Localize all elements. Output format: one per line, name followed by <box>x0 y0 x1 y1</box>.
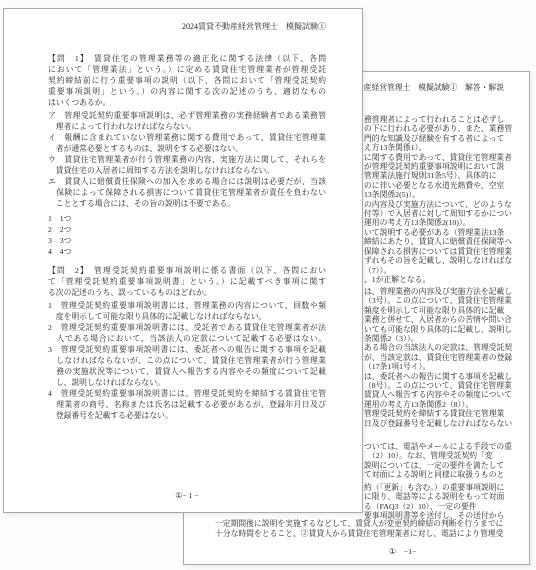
text-line: 約（「更新」も含む。）の重要事項説明に <box>364 483 511 492</box>
text-line: 保障される損害については賃貸住宅管理業 <box>364 247 511 256</box>
text-line: （2）10）。なお、管理受託契約「変 <box>364 451 511 460</box>
text-line: 一定期間後に説明を実施するなどして、賃貸人が変更契約締結の判断を行うまでに <box>215 519 519 529</box>
text-line: 者が通常必要とするものは、説明をする必要はない。 <box>48 143 326 154</box>
text-line: 2 2つ <box>48 224 326 235</box>
question2-statements: 1 管理受託契約重要事項説明書には、管理業務の内容について、回数や頻 度を明示し… <box>48 300 326 421</box>
text-line: 契約締結前に行う重要事項の説明（以下、各問において「管理受託契約 <box>48 75 326 86</box>
answer-note2-fragments: 約（「更新」も含む。）の重要事項説明にに限り、電話等による説明をもって対面る（F… <box>364 483 511 521</box>
text-line: 人である場合において、当該法人の定款について記載する必要はない。 <box>48 333 326 344</box>
text-line: 業務と併せて、入居者からの苦情や問い合 <box>364 315 511 324</box>
text-line: に限り、電話等による説明をもって対面 <box>364 492 511 501</box>
text-line: 管理業法施行規則31条5号）、具体的に <box>364 171 511 180</box>
text-line: 運用の考え方13条関係2(10)）。 <box>364 218 511 227</box>
text-line: し、説明しなければならない。 <box>48 377 326 388</box>
text-line: が、当該定款は、賃貸住宅管理業者の登録 <box>364 353 511 362</box>
text-line: 理者によって行われなければならない。 <box>48 121 326 132</box>
text-line: 頻度を明示して可能な限り具体的に記載 <box>364 306 511 315</box>
text-line: 【問 1】 賃貸住宅の管理業務等の適正化に関する法律（以下、各問 <box>48 53 326 64</box>
text-line: 1 1つ <box>48 213 326 224</box>
text-line: （7））。 <box>364 266 511 275</box>
text-line: 務の実施状況等について、賃貸人へ報告する内容やその頻度について記載 <box>48 366 326 377</box>
text-line: 13条関係2(5)）。 <box>364 190 511 199</box>
question1-statements: ア 管理受託契約重要事項説明は、必ず管理業務の実務経験者である業務管 理者によっ… <box>48 110 326 209</box>
text-line: の内容及び実施方法について、どのような <box>364 200 511 209</box>
text-line: において「管理業法」という。）に定める賃貸住宅管理業者が管理受託 <box>48 64 326 75</box>
text-line: こととする場合には、その旨の説明は不要である。 <box>48 198 326 209</box>
question2-intro: 【問 2】 管理受託契約重要事項説明に係る書面（以下、各問において「管理受託契約… <box>48 265 326 298</box>
text-line: る次の記述のうち、誤っているものはどれか。 <box>48 287 326 298</box>
question-page-number: ①− 1 − <box>48 491 326 500</box>
text-line: ウ 賃貸住宅管理業者が行う管理業務の内容、実施方法に関して、それらを <box>48 154 326 165</box>
text-line: のに伴い必要となる水道光熱費や、空室 <box>364 181 511 190</box>
text-line: いても可能な限り具体的に記載し、説明し <box>364 325 511 334</box>
text-line: に関する費用であって、賃貸住宅管理業者 <box>364 153 511 162</box>
text-line: 賃貸人へ報告する内容やその頻度について <box>364 390 511 399</box>
text-line: 管理受託契約を締結する賃貸住宅管理業 <box>364 409 511 418</box>
question-sheet-page: 2024賃貸不動産経営管理士 模擬試験① 【問 1】 賃貸住宅の管理業務等の適正… <box>3 8 363 513</box>
text-line: 2 管理受託契約重要事項説明書には、受託者である賃貸住宅管理業者が法 <box>48 322 326 333</box>
text-line: は、管理業務の内容及び実施方法を記載し <box>364 287 511 296</box>
question1-answer-choices: 1 1つ2 2つ3 3つ4 4つ <box>48 213 326 257</box>
question-page-header-title: 2024賃貸不動産経営管理士 模擬試験① <box>48 22 326 32</box>
answer1-explanation-fragments: 務管理者によって行われることは必ずしの下に行われる必要があり、また、業務管門的な… <box>364 115 511 284</box>
question1-intro: 【問 1】 賃貸住宅の管理業務等の適正化に関する法律（以下、各問において「管理業… <box>48 53 326 108</box>
text-line: 3 3つ <box>48 235 326 246</box>
text-line: 度を明示して可能な限り具体的に記載しなければならない。 <box>48 311 326 322</box>
text-line: 4 4つ <box>48 246 326 257</box>
text-line: 務管理者によって行われることは必ずし <box>364 115 511 124</box>
text-line: ついては、電話やメールによる手段での重 <box>364 442 511 451</box>
text-line: 運用の考え方13条関係2（8））。 <box>364 400 511 409</box>
text-line: 4 管理受託契約重要事項説明書には、管理受託契約を締結する賃貸住宅管 <box>48 388 326 399</box>
text-line: 賃貸住宅の入居者に周知する方法を説明しなければならない。 <box>48 165 326 176</box>
text-line: 説明については、一定の要件を満たして <box>364 461 511 470</box>
text-line: て対面による説明と同様に取扱うものと <box>364 470 511 479</box>
text-line: 日及び登録番号を記載しなければならない <box>364 419 511 428</box>
text-line: いて説明する必要がある（管理業法13条 <box>364 228 511 237</box>
text-line: （3号）。この点について、賃貸住宅管理業 <box>364 296 511 305</box>
answer-note-fragments: ついては、電話やメールによる手段での重 （2）10）。なお、管理受託契約「変説明… <box>364 442 511 480</box>
text-line: 【問 2】 管理受託契約重要事項説明に係る書面（以下、各問におい <box>48 265 326 276</box>
answer2-explanation-fragments: は、管理業務の内容及び実施方法を記載し（3号）。この点について、賃貸住宅管理業頻… <box>364 287 511 428</box>
text-line: 1 管理受託契約重要事項説明書には、管理業務の内容について、回数や頻 <box>48 300 326 311</box>
text-line: ア 管理受託契約重要事項説明は、必ず管理業務の実務経験者である業務管 <box>48 110 326 121</box>
text-line: 保険によって保障される損害について賃貸住宅管理業者が責任を負わない <box>48 187 326 198</box>
text-line: しなければならないが、この点について、賃貸住宅管理業者が行う管理業 <box>48 355 326 366</box>
text-line: 十分な時間をとること、②賃貸人から賃貸住宅管理業者に対し、電話により管理受 <box>215 529 519 539</box>
text-line: え方13条関係1）。 <box>364 143 511 152</box>
text-line: 登録番号を記載する必要はない。 <box>48 410 326 421</box>
text-line: （17条1項1号イ）。 <box>364 362 511 371</box>
text-line: 3 管理受託契約重要事項説明書には、委託者への報告に関する事項を記載 <box>48 344 326 355</box>
text-line: イ 報酬に含まれていない管理業務に関する費用であって、賃貸住宅管理業 <box>48 132 326 143</box>
text-line: 、1が正解となる。 <box>364 275 511 284</box>
text-line: ある場合の当該法人の定款は、管理受託契 <box>364 343 511 352</box>
text-line: 門的な知識及び経験を有する者によって <box>364 134 511 143</box>
text-line: 重要事項説明」という。）の内容に関する次の記述のうち、適切なもの <box>48 86 326 97</box>
text-line: エ 賃貸人に賠償責任保険への加入を求める場合には説明は必要だが、当該 <box>48 176 326 187</box>
answer-page-number: ① −1− <box>389 546 416 557</box>
text-line: はいくつあるか。 <box>48 97 326 108</box>
text-line: の下に行われる必要があり、また、業務管 <box>364 124 511 133</box>
text-line: る（FAQ3（2）10）、一定の要件 <box>364 502 511 511</box>
document-viewer-canvas: 賃貸不動産経営管理士 模擬試験① 解答・解説 務管理者によって行われることは必ず… <box>0 0 536 570</box>
text-line: は、委託者への報告に関する事項を記載し <box>364 372 511 381</box>
text-line: て「管理受託契約重要事項説明書」という。）に記載すべき事項に関す <box>48 276 326 287</box>
text-line: 締結にあたり、賃貸人に賠償責任保険等へ <box>364 237 511 246</box>
text-line: 理業者の商号、名称または氏名は記載する必要があるが、登録年月日及び <box>48 399 326 410</box>
text-line: ずれもその旨を記載し、説明しなければな <box>364 256 511 265</box>
answer-note-full-lines: 一定期間後に説明を実施するなどして、賃貸人が変更契約締結の判断を行うまでに十分な… <box>215 519 519 538</box>
